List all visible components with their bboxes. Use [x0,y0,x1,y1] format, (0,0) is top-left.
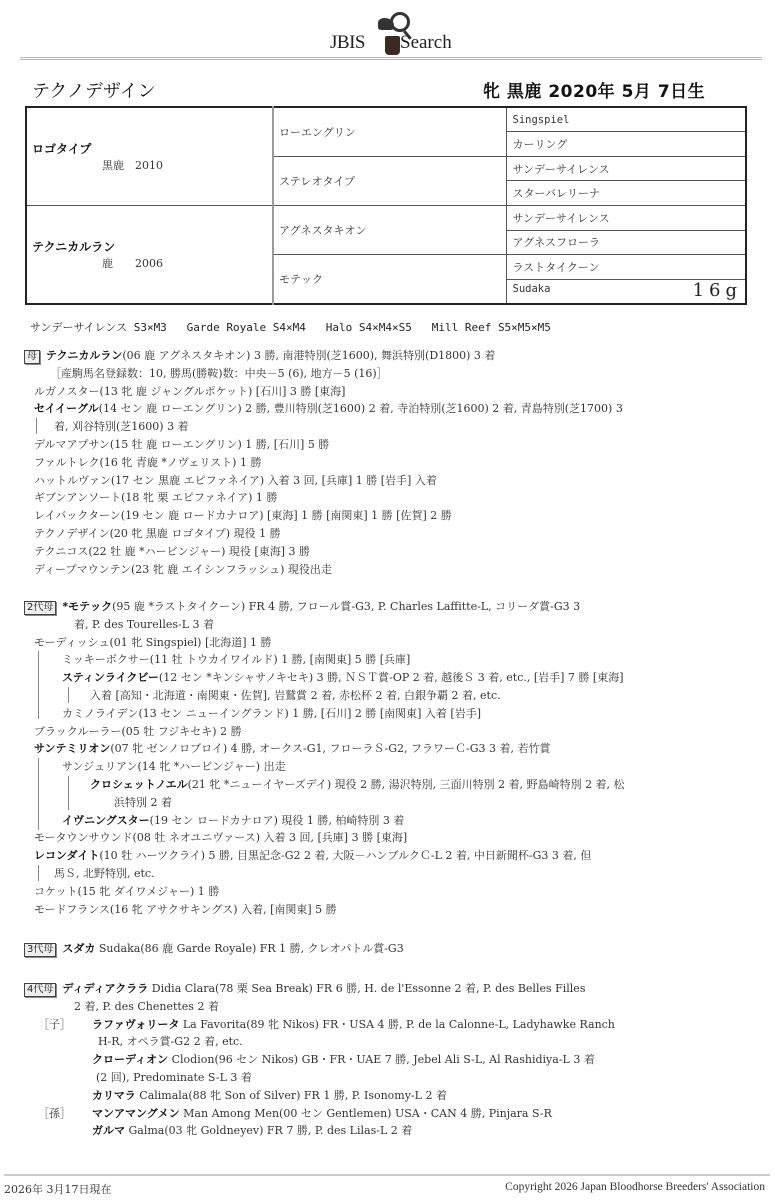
list-item: ミッキーボクサー(11 牡 トウカイワイルド) 1 勝, [南関東] 5 勝 [… [24,651,744,669]
item-text: Clodion(96 セン Nikos) GB・FR・UAE 7 勝, Jebe… [168,1053,595,1066]
item-text: (14 セン 鹿 ローエングリン) 2 勝, 豊川特別(芝1600) 2 着, … [99,402,623,415]
item-text: 2 着, P. des Chenettes 2 着 [74,1000,219,1013]
offspring-link[interactable]: イヴニングスター [62,814,150,827]
list-item: クロシェットノエル(21 牝 *ニューイヤーズデイ) 現役 2 勝, 湯沢特別,… [24,776,744,794]
list-item: 3代母スダカ Sudaka(86 鹿 Garde Royale) FR 1 勝,… [24,940,744,958]
as-of-date: 2026年 3月17日現在 [4,1181,112,1197]
badge-4th-dam: 4代母 [24,983,56,997]
badge-2nd-dam: 2代母 [24,601,56,615]
item-text: デルマアプサン(15 牡 鹿 ローエングリン) 1 勝, [石川] 5 勝 [34,438,329,451]
list-item: テクニコス(22 牡 鹿 *ハービンジャー) 現役 [東海] 3 勝 [24,543,744,561]
descendant-link[interactable]: ガルマ [92,1124,125,1137]
item-text: ［産駒馬名登録数：10, 勝馬(勝鞍)数：中央－5 (6), 地方－5 (16)… [50,367,388,380]
item-text: ギブンアンソート(18 牝 栗 エピファネイア) 1 勝 [34,491,277,504]
item-text: (06 鹿 アグネスタキオン) 3 勝, 南港特別(芝1600), 舞浜特別(D… [122,349,495,362]
pedigree-ggp-7[interactable]: ラストタイクーン [506,255,746,280]
item-text: レイバックターン(19 セン 鹿 ロードカナロア) [東海] 1 勝 [南関東]… [34,509,452,522]
pedigree-sire-sire[interactable]: ローエングリン [273,107,506,156]
item-text: (95 鹿 *ラストタイクーン) FR 4 勝, フロール賞-G3, P. Ch… [112,600,580,613]
children-label: ［子］ [38,1016,92,1034]
offspring-link[interactable]: レコンダイト [34,849,99,862]
item-text: カミノライデン(13 セン ニューイングランド) 1 勝, [石川] 2 勝 [… [62,707,481,720]
tree-line [38,687,39,705]
item-text: テクノデザイン(20 牝 黒鹿 ロゴタイプ) 現役 1 勝 [34,527,281,540]
tree-line [38,865,39,881]
offspring-link[interactable]: スティンライクビー [62,671,159,684]
dam-link[interactable]: テクニカルラン [46,349,122,362]
list-item: 着, 刈谷特別(芝1600) 3 着 [24,418,744,436]
item-text: (19 セン ロードカナロア) 現役 1 勝, 柏崎特別 3 着 [150,814,405,827]
item-text: Calimala(88 牝 Son of Silver) FR 1 勝, P. … [136,1089,447,1102]
item-text: ブラックルーラー(05 牡 フジキセキ) 2 勝 [34,725,242,738]
item-text: ルガノスター(13 牝 鹿 ジャングルポケット) [石川] 3 勝 [東海] [34,385,345,398]
list-item: ブラックルーラー(05 牡 フジキセキ) 2 勝 [24,723,744,741]
list-item: レイバックターン(19 セン 鹿 ロードカナロア) [東海] 1 勝 [南関東]… [24,507,744,525]
list-item: モータウンサウンド(08 牡 ネオユニヴァース) 入着 3 回, [兵庫] 3 … [24,829,744,847]
list-item: 母テクニカルラン(06 鹿 アグネスタキオン) 3 勝, 南港特別(芝1600)… [24,347,744,365]
descendant-link[interactable]: マンアマングメン [92,1107,180,1120]
list-item: H-R, オペラ賞-G2 2 着, etc. [24,1033,744,1051]
tree-line [36,418,37,434]
item-text: サンジュリアン(14 牝 *ハービンジャー) 出走 [62,760,286,773]
tree-line [38,794,39,812]
item-text: ハットルヴァン(17 セン 黒鹿 エピファネイア) 入着 3 回, [兵庫] 1… [34,474,437,487]
pedigree-ggp-1[interactable]: Singspiel [506,107,746,132]
pedigree-ggp-8-cell: Sudaka 16g [506,279,746,304]
item-text: ミッキーボクサー(11 牡 トウカイワイルド) 1 勝, [南関東] 5 勝 [… [62,653,410,666]
list-item: ガルマ Galma(03 牝 Goldneyev) FR 7 勝, P. des… [24,1122,744,1140]
family-number: 16g [693,282,745,300]
jbis-search-logo[interactable]: JBIS Search [330,6,460,54]
tree-line [38,776,39,794]
list-item: デルマアプサン(15 牡 鹿 ローエングリン) 1 勝, [石川] 5 勝 [24,436,744,454]
item-text: ファルトレク(16 牝 青鹿 *ノヴェリスト) 1 勝 [34,456,261,469]
dam-name: テクニカルラン [32,238,272,255]
pedigree-ggp-8[interactable]: Sudaka [513,283,551,295]
footer-divider [4,1174,770,1176]
inbreeding-summary: サンデーサイレンス S3×M3 Garde Royale S4×M4 Halo … [30,319,551,335]
list-item: ハットルヴァン(17 セン 黒鹿 エピファネイア) 入着 3 回, [兵庫] 1… [24,472,744,490]
site-header: JBIS Search [0,0,775,58]
pedigree-ggp-4[interactable]: スターバレリーナ [506,181,746,206]
item-text: (12 セン *キンシャサノキセキ) 3 勝, ＮＳＴ賞-OP 2 着, 越後Ｓ… [159,671,624,684]
dam-section: 母テクニカルラン(06 鹿 アグネスタキオン) 3 勝, 南港特別(芝1600)… [24,347,744,578]
list-item: セイイーグル(14 セン 鹿 ローエングリン) 2 勝, 豊川特別(芝1600)… [24,400,744,418]
grandchildren-label: ［孫］ [38,1105,92,1123]
pedigree-table: ロゴタイプ 黒鹿 2010 ローエングリン Singspiel カーリング ステ… [25,106,747,305]
list-item: 4代母ディディアクララ Didia Clara(78 栗 Sea Break) … [24,980,744,998]
list-item: 2代母*モテック(95 鹿 *ラストタイクーン) FR 4 勝, フロール賞-G… [24,598,744,616]
tree-line [38,758,39,776]
item-text: 浜特別 2 着 [114,796,172,809]
list-item: スティンライクビー(12 セン *キンシャサノキセキ) 3 勝, ＮＳＴ賞-OP… [24,669,744,687]
horse-name: テクノデザイン [32,77,156,103]
item-text: モーディッシュ(01 牝 Singspiel) [北海道] 1 勝 [34,636,272,649]
item-text: モータウンサウンド(08 牡 ネオユニヴァース) 入着 3 回, [兵庫] 3 … [34,831,407,844]
descendant-link[interactable]: ラファヴォリータ [92,1018,179,1031]
list-item: ルガノスター(13 牝 鹿 ジャングルポケット) [石川] 3 勝 [東海] [24,383,744,401]
horse-info: 牝 黒鹿 2020年 5月 7日生 [483,77,705,102]
tree-line [38,812,39,830]
list-item: レコンダイト(10 牡 ハーツクライ) 5 勝, 目黒記念-G2 2 着, 大阪… [24,847,744,865]
list-item: ファルトレク(16 牝 青鹿 *ノヴェリスト) 1 勝 [24,454,744,472]
second-dam-link[interactable]: *モテック [62,600,112,613]
item-text: 入着 [高知・北海道・南関東・佐賀], 岩鷲賞 2 着, 赤松杯 2 着, 白銀… [90,689,501,702]
list-item: ［孫］マンアマングメン Man Among Men(00 セン Gentleme… [24,1105,744,1123]
list-item: テクノデザイン(20 牝 黒鹿 ロゴタイプ) 現役 1 勝 [24,525,744,543]
list-item: サンテミリオン(07 牝 ゼンノロブロイ) 4 勝, オークス-G1, フローラ… [24,740,744,758]
list-item: カミノライデン(13 セン ニューイングランド) 1 勝, [石川] 2 勝 [… [24,705,744,723]
magnifier-icon [390,12,410,32]
list-item: イヴニングスター(19 セン ロードカナロア) 現役 1 勝, 柏崎特別 3 着 [24,812,744,830]
item-text: 着, 刈谷特別(芝1600) 3 着 [54,420,189,433]
list-item: クローディオン Clodion(96 セン Nikos) GB・FR・UAE 7… [24,1051,744,1069]
item-text: Didia Clara(78 栗 Sea Break) FR 6 勝, H. d… [148,982,585,995]
item-text: Sudaka(86 鹿 Garde Royale) FR 1 勝, クレオパトル… [95,942,403,955]
badge-dam: 母 [24,350,40,364]
list-item: ディープマウンテン(23 牝 鹿 エイシンフラッシュ) 現役出走 [24,561,744,579]
list-item: ギブンアンソート(18 牝 栗 エピファネイア) 1 勝 [24,489,744,507]
logo-text-jbis: JBIS [330,32,365,54]
pedigree-sire-dam[interactable]: ステレオタイプ [273,156,506,205]
sire-name: ロゴタイプ [32,140,272,157]
pedigree-ggp-6[interactable]: アグネスフローラ [506,230,746,255]
second-dam-section: 2代母*モテック(95 鹿 *ラストタイクーン) FR 4 勝, フロール賞-G… [24,598,744,918]
fourth-dam-link[interactable]: ディディアクララ [62,982,148,995]
item-text: コケット(15 牝 ダイワメジャー) 1 勝 [34,885,219,898]
list-item: サンジュリアン(14 牝 *ハービンジャー) 出走 [24,758,744,776]
list-item: 馬Ｓ, 北野特別, etc. [24,865,744,883]
offspring-link[interactable]: セイイーグル [34,402,99,415]
header-divider [20,57,762,60]
offspring-link[interactable]: クロシェットノエル [90,778,188,791]
tree-line [38,705,39,719]
item-text: (07 牝 ゼンノロブロイ) 4 勝, オークス-G1, フローラＳ-G2, フ… [110,742,550,755]
descendant-link[interactable]: クローディオン [92,1053,168,1066]
tree-line [68,687,69,703]
pedigree-sire[interactable]: ロゴタイプ 黒鹿 2010 [26,107,273,206]
list-item: モードフランス(16 牝 アサクサキングス) 入着, [南関東] 5 勝 [24,901,744,919]
list-item: 2 着, P. des Chenettes 2 着 [24,998,744,1016]
list-item: 入着 [高知・北海道・南関東・佐賀], 岩鷲賞 2 着, 赤松杯 2 着, 白銀… [24,687,744,705]
item-text: モードフランス(16 牝 アサクサキングス) 入着, [南関東] 5 勝 [34,903,337,916]
pedigree-ggp-2[interactable]: カーリング [506,132,746,157]
list-item: 着, P. des Tourelles-L 3 着 [24,616,744,634]
item-text: Galma(03 牝 Goldneyev) FR 7 勝, P. des Lil… [125,1124,412,1137]
tree-line [38,669,39,687]
item-text: 馬Ｓ, 北野特別, etc. [54,867,155,880]
pedigree-dam-dam[interactable]: モテック [273,255,506,304]
offspring-link[interactable]: サンテミリオン [34,742,110,755]
pedigree-dam[interactable]: テクニカルラン 鹿 2006 [26,206,273,305]
item-text: (21 牝 *ニューイヤーズデイ) 現役 2 勝, 湯沢特別, 三面川特別 2 … [188,778,625,791]
can-icon [385,36,400,55]
list-item: コケット(15 牝 ダイワメジャー) 1 勝 [24,883,744,901]
item-text: テクニコス(22 牡 鹿 *ハービンジャー) 現役 [東海] 3 勝 [34,545,310,558]
sire-detail: 黒鹿 2010 [32,157,272,173]
list-item: ［子］ラファヴォリータ La Favorita(89 牝 Nikos) FR・U… [24,1016,744,1034]
item-text: ディープマウンテン(23 牝 鹿 エイシンフラッシュ) 現役出走 [34,563,332,576]
item-text: (2 回), Predominate S-L 3 着 [96,1071,252,1084]
list-item: 浜特別 2 着 [24,794,744,812]
list-item: モーディッシュ(01 牝 Singspiel) [北海道] 1 勝 [24,634,744,652]
tree-line [38,651,39,669]
dam-detail: 鹿 2006 [32,255,272,271]
item-text: H-R, オペラ賞-G2 2 着, etc. [98,1035,243,1048]
pedigree-ggp-3[interactable]: サンデーサイレンス [506,156,746,181]
third-dam-link[interactable]: スダカ [62,942,95,955]
list-item: (2 回), Predominate S-L 3 着 [24,1069,744,1087]
list-item: ［産駒馬名登録数：10, 勝馬(勝鞍)数：中央－5 (6), 地方－5 (16)… [24,365,744,383]
pedigree-ggp-5[interactable]: サンデーサイレンス [506,206,746,231]
tree-line [68,794,69,810]
tree-line [68,776,69,794]
logo-text-search: Search [400,32,452,54]
item-text: La Favorita(89 牝 Nikos) FR・USA 4 勝, P. d… [179,1018,615,1031]
descendant-link[interactable]: カリマラ [92,1089,136,1102]
list-item: カリマラ Calimala(88 牝 Son of Silver) FR 1 勝… [24,1087,744,1105]
fourth-dam-section: 4代母ディディアクララ Didia Clara(78 栗 Sea Break) … [24,980,744,1140]
third-dam-section: 3代母スダカ Sudaka(86 鹿 Garde Royale) FR 1 勝,… [24,940,744,958]
item-text: 着, P. des Tourelles-L 3 着 [74,618,214,631]
copyright: Copyright 2026 Japan Bloodhorse Breeders… [505,1181,765,1193]
item-text: (10 牡 ハーツクライ) 5 勝, 目黒記念-G2 2 着, 大阪－ハンブルク… [99,849,591,862]
badge-3rd-dam: 3代母 [24,943,56,957]
item-text: Man Among Men(00 セン Gentlemen) USA・CAN 4… [180,1107,552,1120]
pedigree-dam-sire[interactable]: アグネスタキオン [273,206,506,255]
